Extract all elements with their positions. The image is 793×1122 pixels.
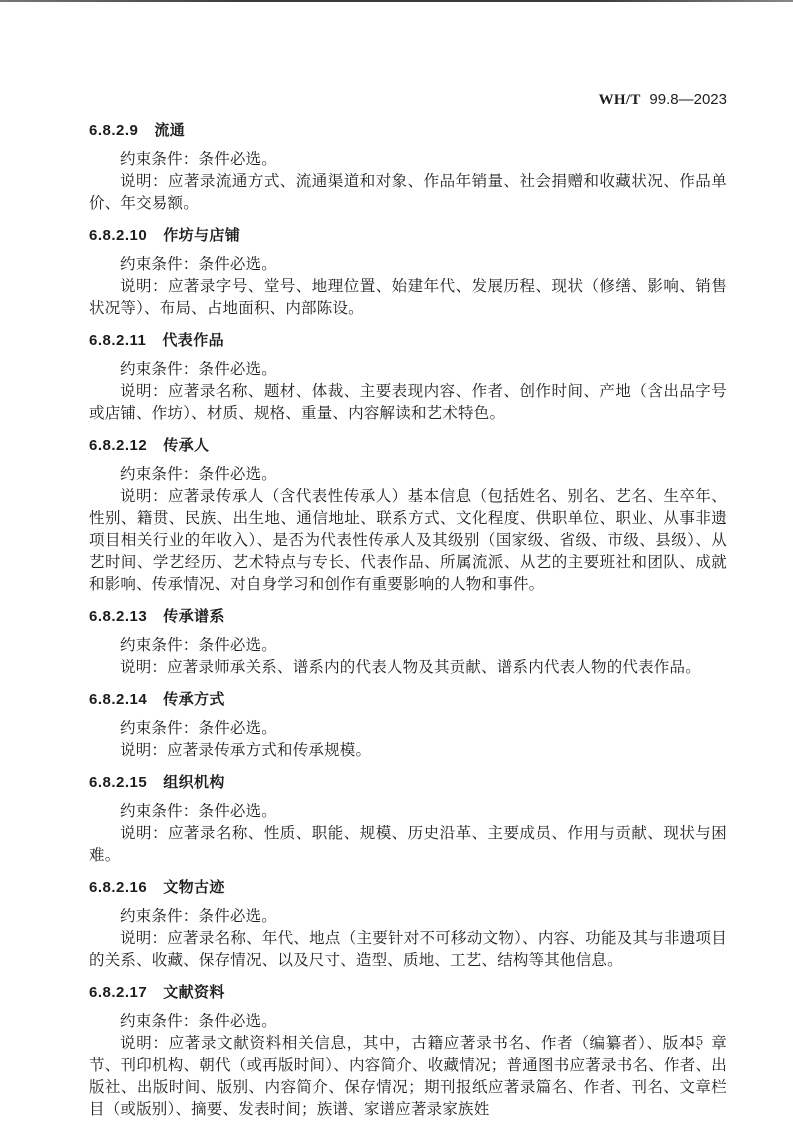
section-heading: 6.8.2.9流通 [89, 120, 727, 142]
constraint-paragraph: 约束条件：条件必选。 [89, 464, 727, 486]
section-6-8-2-10: 6.8.2.10作坊与店铺 约束条件：条件必选。 说明：应著录字号、堂号、地理位… [89, 225, 727, 320]
page-number: 15 [689, 1034, 703, 1050]
section-title: 传承人 [163, 437, 209, 454]
constraint-paragraph: 约束条件：条件必选。 [89, 1011, 727, 1033]
constraint-paragraph: 约束条件：条件必选。 [89, 359, 727, 381]
section-6-8-2-17: 6.8.2.17文献资料 约束条件：条件必选。 说明：应著录文献资料相关信息，其… [89, 982, 727, 1121]
description-paragraph: 说明：应著录师承关系、谱系内的代表人物及其贡献、谱系内代表人物的代表作品。 [89, 657, 727, 679]
section-heading: 6.8.2.12传承人 [89, 435, 727, 457]
description-paragraph: 说明：应著录流通方式、流通渠道和对象、作品年销量、社会捐赠和收藏状况、作品单价、… [89, 171, 727, 215]
constraint-paragraph: 约束条件：条件必选。 [89, 635, 727, 657]
section-title: 流通 [154, 122, 185, 139]
constraint-paragraph: 约束条件：条件必选。 [89, 801, 727, 823]
section-6-8-2-15: 6.8.2.15组织机构 约束条件：条件必选。 说明：应著录名称、性质、职能、规… [89, 772, 727, 867]
running-header: WH/T 99.8—2023 [89, 90, 727, 110]
section-title: 组织机构 [163, 774, 225, 791]
section-heading: 6.8.2.11代表作品 [89, 330, 727, 352]
document-page: WH/T 99.8—2023 6.8.2.9流通 约束条件：条件必选。 说明：应… [0, 0, 793, 1122]
section-6-8-2-16: 6.8.2.16文物古迹 约束条件：条件必选。 说明：应著录名称、年代、地点（主… [89, 877, 727, 972]
section-number: 6.8.2.9 [89, 122, 138, 139]
section-heading: 6.8.2.14传承方式 [89, 689, 727, 711]
description-paragraph: 说明：应著录传承方式和传承规模。 [89, 740, 727, 762]
section-6-8-2-12: 6.8.2.12传承人 约束条件：条件必选。 说明：应著录传承人（含代表性传承人… [89, 435, 727, 596]
section-6-8-2-14: 6.8.2.14传承方式 约束条件：条件必选。 说明：应著录传承方式和传承规模。 [89, 689, 727, 762]
section-number: 6.8.2.15 [89, 774, 147, 791]
section-number: 6.8.2.13 [89, 608, 147, 625]
section-title: 代表作品 [162, 332, 224, 349]
section-6-8-2-9: 6.8.2.9流通 约束条件：条件必选。 说明：应著录流通方式、流通渠道和对象、… [89, 120, 727, 215]
description-paragraph: 说明：应著录名称、题材、体裁、主要表现内容、作者、创作时间、产地（含出品字号或店… [89, 381, 727, 425]
description-paragraph: 说明：应著录文献资料相关信息，其中，古籍应著录书名、作者（编纂者）、版本、章节、… [89, 1033, 727, 1121]
doc-code-number: 99.8—2023 [649, 91, 727, 108]
section-heading: 6.8.2.13传承谱系 [89, 606, 727, 628]
section-heading: 6.8.2.15组织机构 [89, 772, 727, 794]
section-heading: 6.8.2.17文献资料 [89, 982, 727, 1004]
section-number: 6.8.2.11 [89, 332, 146, 349]
section-title: 作坊与店铺 [163, 227, 240, 244]
section-title: 文物古迹 [163, 879, 225, 896]
constraint-paragraph: 约束条件：条件必选。 [89, 254, 727, 276]
section-title: 文献资料 [163, 984, 225, 1001]
constraint-paragraph: 约束条件：条件必选。 [89, 906, 727, 928]
section-title: 传承谱系 [163, 608, 225, 625]
section-number: 6.8.2.14 [89, 691, 147, 708]
description-paragraph: 说明：应著录字号、堂号、地理位置、始建年代、发展历程、现状（修缮、影响、销售状况… [89, 276, 727, 320]
description-paragraph: 说明：应著录名称、年代、地点（主要针对不可移动文物）、内容、功能及其与非遗项目的… [89, 928, 727, 972]
section-6-8-2-11: 6.8.2.11代表作品 约束条件：条件必选。 说明：应著录名称、题材、体裁、主… [89, 330, 727, 425]
section-heading: 6.8.2.16文物古迹 [89, 877, 727, 899]
section-number: 6.8.2.16 [89, 879, 147, 896]
description-paragraph: 说明：应著录名称、性质、职能、规模、历史沿革、主要成员、作用与贡献、现状与困难。 [89, 823, 727, 867]
constraint-paragraph: 约束条件：条件必选。 [89, 718, 727, 740]
section-title: 传承方式 [163, 691, 225, 708]
section-heading: 6.8.2.10作坊与店铺 [89, 225, 727, 247]
scan-edge-artifact [0, 0, 793, 2]
section-number: 6.8.2.10 [89, 227, 147, 244]
section-number: 6.8.2.12 [89, 437, 147, 454]
section-number: 6.8.2.17 [89, 984, 147, 1001]
page-content: WH/T 99.8—2023 6.8.2.9流通 约束条件：条件必选。 说明：应… [89, 90, 727, 1121]
section-6-8-2-13: 6.8.2.13传承谱系 约束条件：条件必选。 说明：应著录师承关系、谱系内的代… [89, 606, 727, 679]
constraint-paragraph: 约束条件：条件必选。 [89, 149, 727, 171]
doc-code-prefix: WH/T [599, 92, 641, 108]
description-paragraph: 说明：应著录传承人（含代表性传承人）基本信息（包括姓名、别名、艺名、生卒年、性别… [89, 486, 727, 596]
